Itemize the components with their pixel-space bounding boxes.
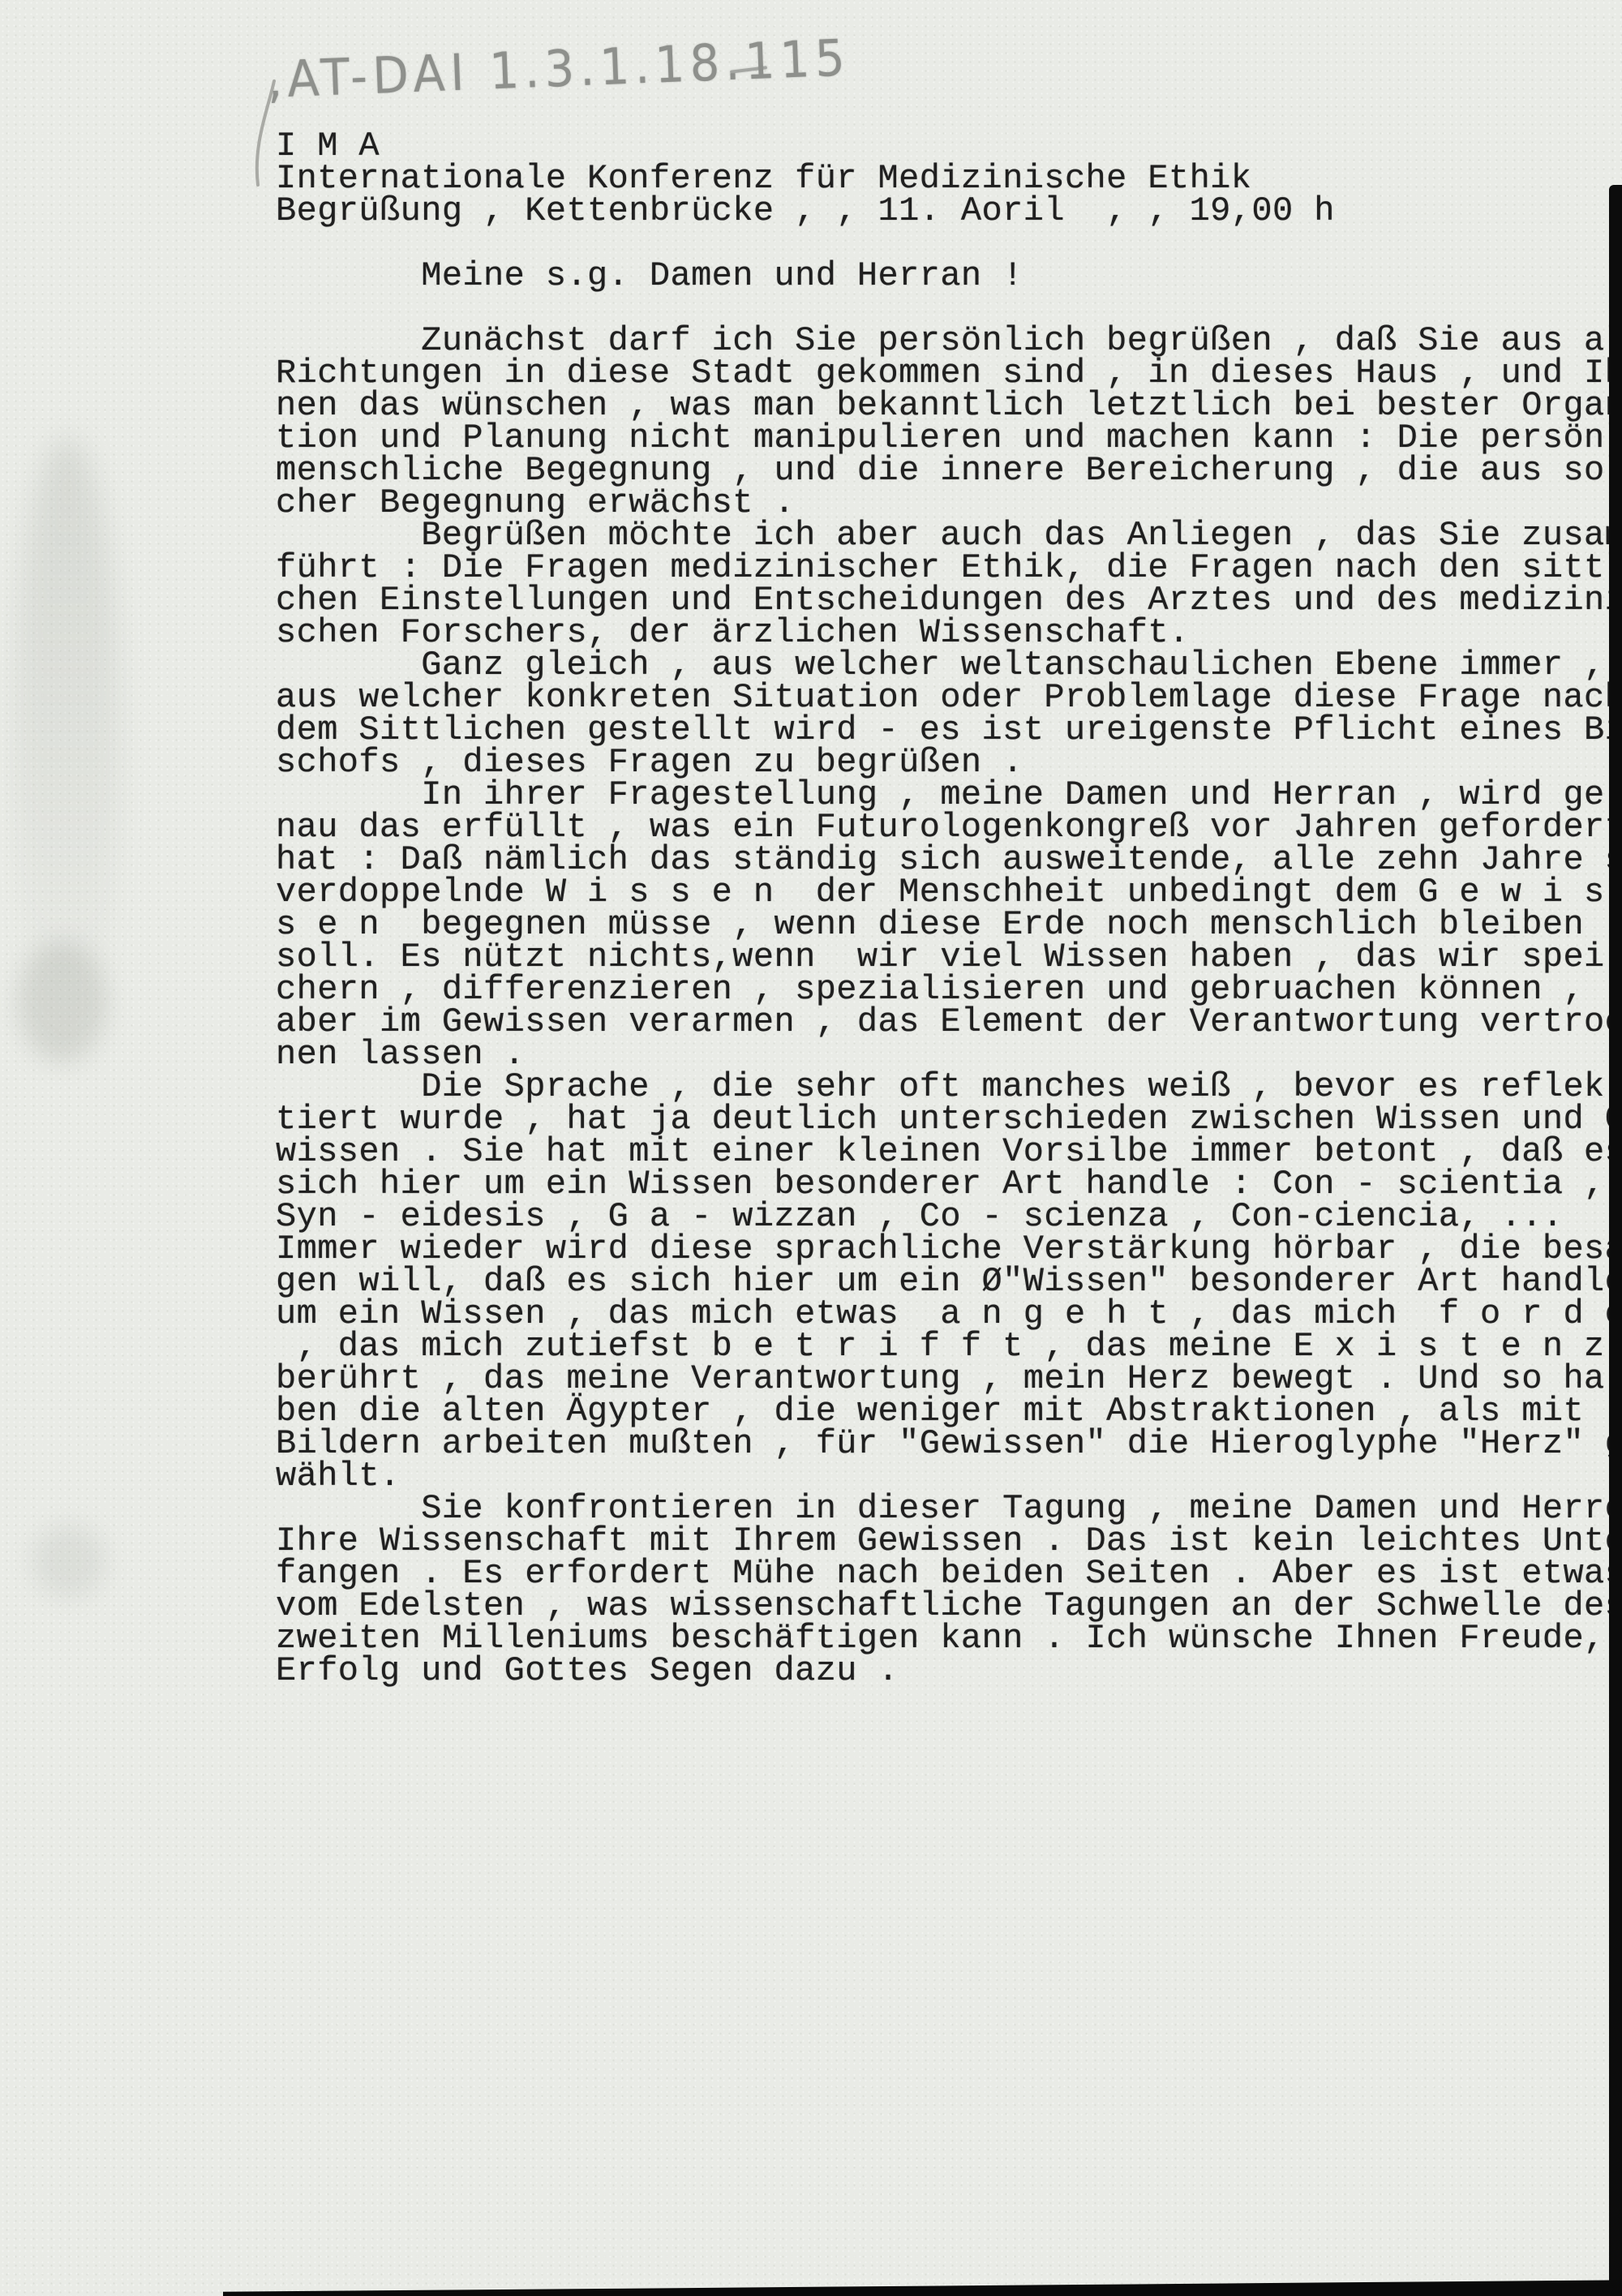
text-line: chern , differenzieren , spezialisieren … [276, 973, 1622, 1006]
text-line: menschliche Begegnung , und die innere B… [276, 454, 1622, 487]
paper-smudge [18, 941, 107, 1062]
text-line: Zunächst darf ich Sie persönlich begrüße… [276, 324, 1622, 357]
text-line: tiert wurde , hat ja deutlich unterschie… [276, 1103, 1622, 1135]
text-line: nen das wünschen , was man bekanntlich l… [276, 389, 1622, 422]
text-line: Ihre Wissenschaft mit Ihrem Gewissen . D… [276, 1525, 1622, 1557]
text-line: verdoppelnde W i s s e n der Menschheit … [276, 876, 1622, 908]
text-line: dem Sittlichen gestellt wird - es ist ur… [276, 714, 1622, 746]
scan-artifact-bottom-bar [223, 2277, 1622, 2296]
text-line: aber im Gewissen verarmen , das Element … [276, 1006, 1622, 1038]
text-line: Immer wieder wird diese sprachliche Vers… [276, 1233, 1622, 1265]
text-line: berührt , das meine Verantwortung , mein… [276, 1363, 1622, 1395]
text-line: I M A [276, 130, 1622, 162]
text-line: s e n begegnen müsse , wenn diese Erde n… [276, 908, 1622, 941]
paper-smudge [15, 438, 120, 1038]
text-line: ben die alten Ägypter , die weniger mit … [276, 1395, 1622, 1427]
text-line: fangen . Es erfordert Mühe nach beiden S… [276, 1557, 1622, 1590]
text-line: wählt. [276, 1460, 1622, 1492]
text-line: schofs , dieses Fragen zu begrüßen . [276, 746, 1622, 779]
text-line: aus welcher konkreten Situation oder Pro… [276, 681, 1622, 714]
text-line: nau das erfüllt , was ein Futurologenkon… [276, 811, 1622, 843]
text-line: cher Begegnung erwächst . [276, 487, 1622, 519]
text-line: Begrüßen möchte ich aber auch das Anlieg… [276, 519, 1622, 551]
text-line: um ein Wissen , das mich etwas a n g e h… [276, 1298, 1622, 1330]
text-line: tion und Planung nicht manipulieren und … [276, 422, 1622, 454]
text-line: chen Einstellungen und Entscheidungen de… [276, 584, 1622, 616]
text-line: Die Sprache , die sehr oft manches weiß … [276, 1071, 1622, 1103]
scan-artifact-right-bar [1609, 185, 1622, 2296]
paper-smudge [32, 1525, 105, 1598]
text-line: Sie konfrontieren in dieser Tagung , mei… [276, 1492, 1622, 1525]
text-line: wissen . Sie hat mit einer kleinen Vorsi… [276, 1135, 1622, 1168]
text-line: soll. Es nützt nichts,wenn wir viel Wiss… [276, 941, 1622, 973]
text-line: gen will, daß es sich hier um ein Ø"Wiss… [276, 1265, 1622, 1298]
text-line: , das mich zutiefst b e t r i f f t , da… [276, 1330, 1622, 1363]
text-line [276, 227, 1622, 260]
text-line: zweiten Milleniums beschäftigen kann . I… [276, 1622, 1622, 1654]
text-line: vom Edelsten , was wissenschaftliche Tag… [276, 1590, 1622, 1622]
typewritten-text: I M AInternationale Konferenz für Medizi… [276, 130, 1622, 1687]
text-line: Richtungen in diese Stadt gekommen sind … [276, 357, 1622, 389]
text-line: hat : Daß nämlich das ständig sich auswe… [276, 843, 1622, 876]
text-line: Erfolg und Gottes Segen dazu . [276, 1654, 1622, 1687]
text-line: Syn - eidesis , G a - wizzan , Co - scie… [276, 1200, 1622, 1233]
text-line: In ihrer Fragestellung , meine Damen und… [276, 779, 1622, 811]
text-line: Begrüßung , Kettenbrücke , , 11. Aoril ,… [276, 195, 1622, 227]
text-line: nen lassen . [276, 1038, 1622, 1071]
text-line: Meine s.g. Damen und Herran ! [276, 260, 1622, 292]
text-line: Internationale Konferenz für Medizinisch… [276, 162, 1622, 195]
text-line: Bildern arbeiten mußten , für "Gewissen"… [276, 1427, 1622, 1460]
text-line: Ganz gleich , aus welcher weltanschaulic… [276, 649, 1622, 681]
text-line: sich hier um ein Wissen besonderer Art h… [276, 1168, 1622, 1200]
text-line: schen Forschers, der ärzlichen Wissensch… [276, 616, 1622, 649]
text-line: führt : Die Fragen medizinischer Ethik, … [276, 551, 1622, 584]
scanned-document-page: ,AT-DAI 1.3.1.18.115 I M AInternationale… [0, 0, 1622, 2296]
text-line [276, 292, 1622, 324]
